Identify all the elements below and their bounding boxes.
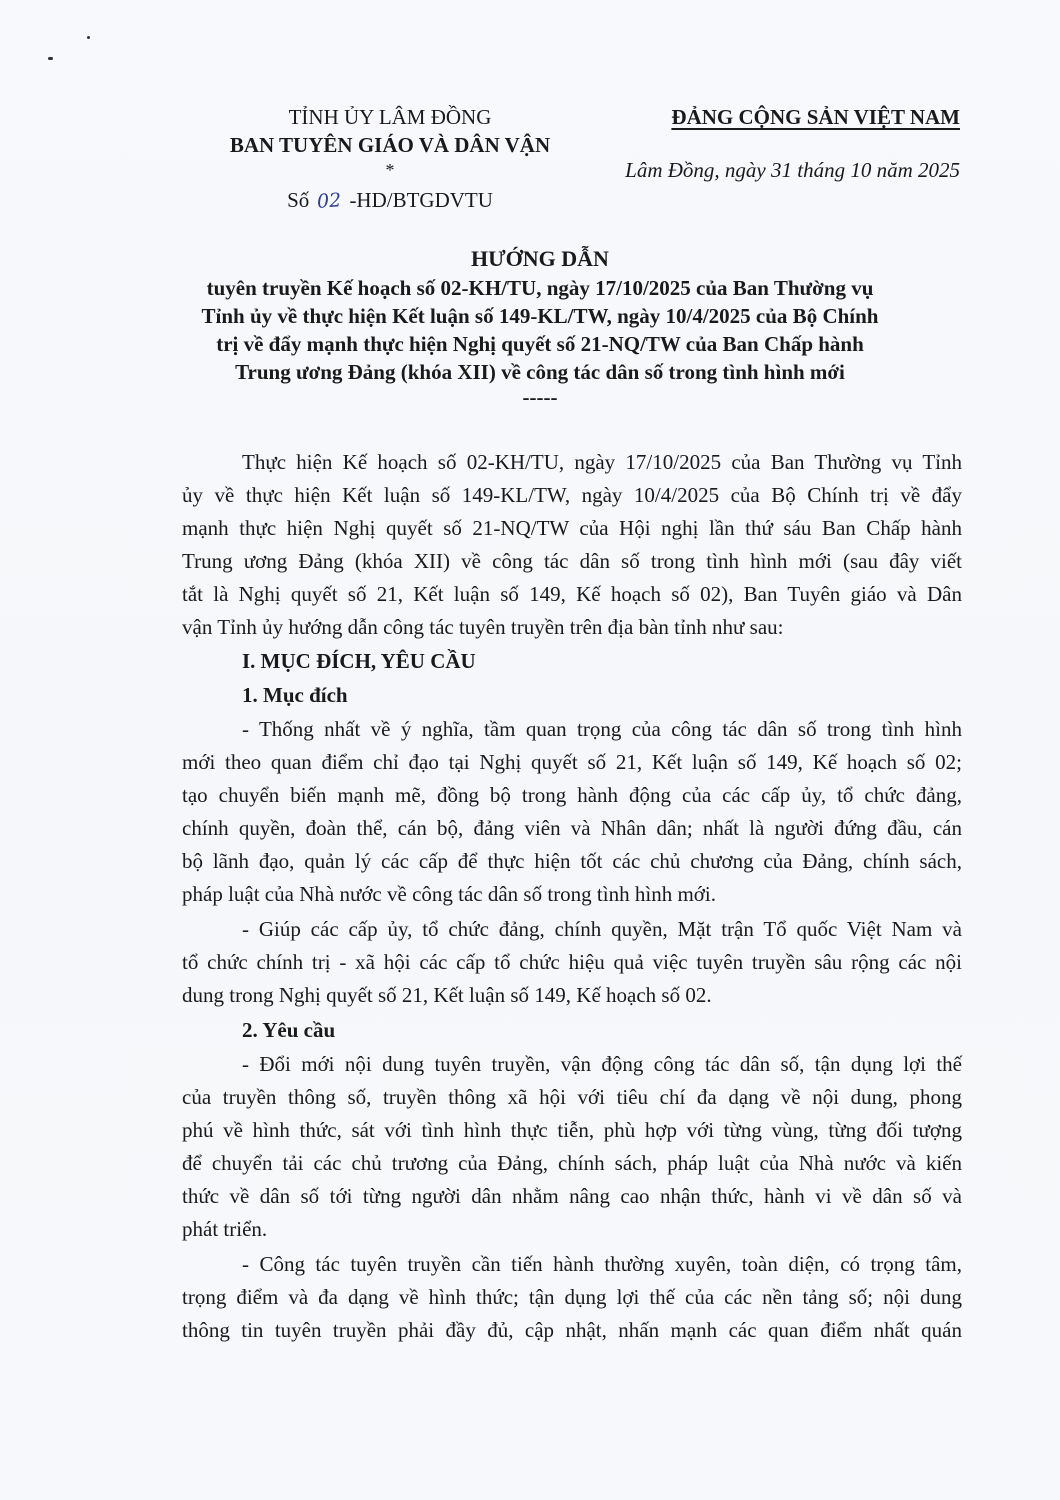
body-line: tổ chức chính trị - xã hội các cấp tổ ch… bbox=[182, 949, 962, 975]
body-line: phú về hình thức, sát với tình hình thực… bbox=[182, 1117, 962, 1143]
body-line: bộ lãnh đạo, quản lý các cấp để thực hiệ… bbox=[182, 848, 962, 874]
header-star: * bbox=[180, 157, 600, 183]
subsection-heading: 2. Yêu cầu bbox=[242, 1017, 335, 1043]
body-line: thức về dân số tới từng người dân nhằm n… bbox=[182, 1183, 962, 1209]
body-line: - Thống nhất về ý nghĩa, tầm quan trọng … bbox=[242, 716, 962, 742]
body-line: để chuyển tải các chủ trương của Đảng, c… bbox=[182, 1150, 962, 1176]
doc-number-prefix: Số bbox=[287, 188, 309, 212]
subject-line: trị về đẩy mạnh thực hiện Nghị quyết số … bbox=[130, 331, 950, 357]
subsection-heading: 1. Mục đích bbox=[242, 682, 348, 708]
scan-speck bbox=[48, 57, 53, 60]
subject-line: Trung ương Đảng (khóa XII) về công tác d… bbox=[130, 359, 950, 385]
org-name: BAN TUYÊN GIÁO VÀ DÂN VẬN bbox=[180, 132, 600, 158]
body-line: - Công tác tuyên truyền cần tiến hành th… bbox=[242, 1251, 962, 1277]
body-line: phát triển. bbox=[182, 1216, 267, 1242]
body-line: Thực hiện Kế hoạch số 02-KH/TU, ngày 17/… bbox=[242, 449, 962, 475]
section-heading: I. MỤC ĐÍCH, YÊU CẦU bbox=[242, 648, 476, 674]
place-date: Lâm Đồng, ngày 31 tháng 10 năm 2025 bbox=[560, 157, 960, 183]
body-line: vận Tỉnh ủy hướng dẫn công tác tuyên tru… bbox=[182, 614, 784, 640]
document-page: TỈNH ỦY LÂM ĐỒNG BAN TUYÊN GIÁO VÀ DÂN V… bbox=[0, 0, 1060, 1500]
body-line: mới theo quan điểm chỉ đạo tại Nghị quyế… bbox=[182, 749, 962, 775]
body-line: ủy về thực hiện Kết luận số 149-KL/TW, n… bbox=[182, 482, 962, 508]
doc-number-handwritten: 02 bbox=[316, 187, 342, 215]
doc-number-suffix: -HD/BTGDVTU bbox=[349, 188, 492, 212]
body-line: - Đổi mới nội dung tuyên truyền, vận độn… bbox=[242, 1051, 962, 1077]
body-line: tắt là Nghị quyết số 21, Kết luận số 149… bbox=[182, 581, 962, 607]
body-line: trọng điểm và đa dạng về hình thức; tận … bbox=[182, 1284, 962, 1310]
subject-line: Tỉnh ủy về thực hiện Kết luận số 149-KL/… bbox=[130, 303, 950, 329]
subject-line: tuyên truyền Kế hoạch số 02-KH/TU, ngày … bbox=[130, 275, 950, 301]
scan-speck bbox=[87, 36, 90, 39]
title-separator: ----- bbox=[130, 384, 950, 410]
body-line: - Giúp các cấp ủy, tổ chức đảng, chính q… bbox=[242, 916, 962, 942]
doc-type: HƯỚNG DẪN bbox=[130, 246, 950, 272]
org-parent: TỈNH ỦY LÂM ĐỒNG bbox=[180, 104, 600, 130]
body-line: pháp luật của Nhà nước về công tác dân s… bbox=[182, 881, 716, 907]
body-line: mạnh thực hiện Nghị quyết số 21-NQ/TW củ… bbox=[182, 515, 962, 541]
body-line: của truyền thông số, truyền thông xã hội… bbox=[182, 1084, 962, 1110]
body-line: Trung ương Đảng (khóa XII) về công tác d… bbox=[182, 548, 962, 574]
body-line: tạo chuyển biến mạnh mẽ, đồng bộ trong h… bbox=[182, 782, 962, 808]
doc-number: Số02-HD/BTGDVTU bbox=[180, 187, 600, 214]
body-line: thông tin tuyên truyền phải đầy đủ, cập … bbox=[182, 1317, 962, 1343]
body-line: chính quyền, đoàn thể, cán bộ, đảng viên… bbox=[182, 815, 962, 841]
body-line: dung trong Nghị quyết số 21, Kết luận số… bbox=[182, 982, 712, 1008]
party-name: ĐẢNG CỘNG SẢN VIỆT NAM bbox=[640, 104, 960, 130]
